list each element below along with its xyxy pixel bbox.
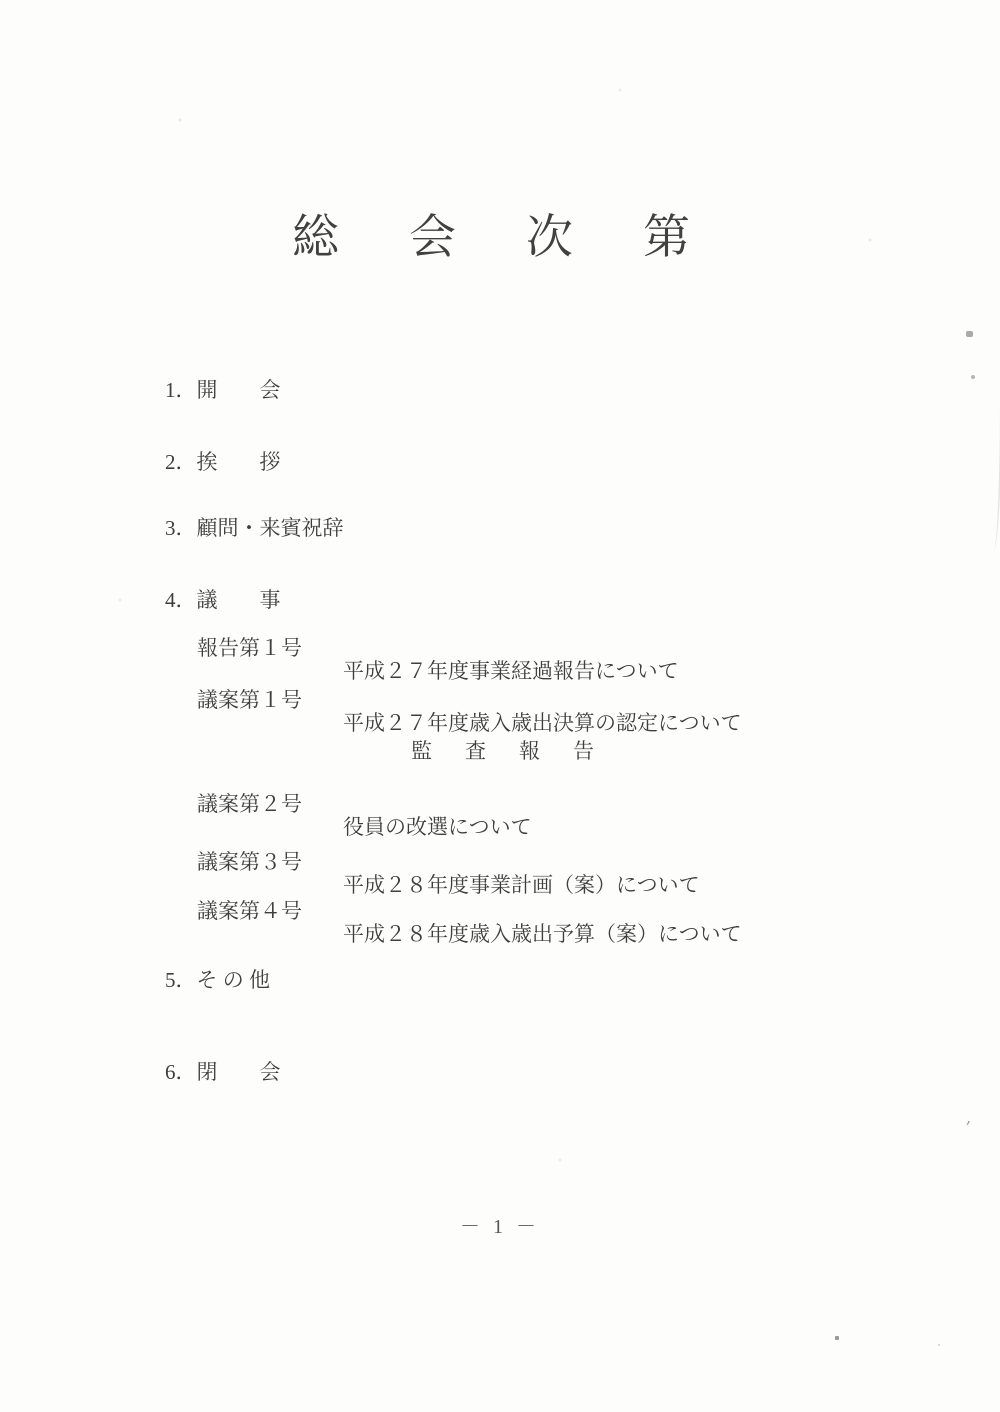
proceeding-bill-1: 議案第１号 平成２７年度歳入歳出決算の認定について bbox=[0, 666, 1000, 692]
proceeding-description: 平成２８年度歳入歳出予算（案）について bbox=[343, 923, 742, 946]
agenda-item-6: 6．閉 会 bbox=[0, 1038, 1000, 1064]
item-label: 閉 会 bbox=[197, 1060, 281, 1084]
item-label: 議 事 bbox=[197, 588, 281, 612]
agenda-item-4: 4．議 事 bbox=[0, 566, 1000, 592]
item-number: 2． bbox=[165, 450, 197, 474]
proceeding-report-1: 報告第１号 平成２７年度事業経過報告について bbox=[0, 614, 1000, 640]
item-number: 1． bbox=[165, 378, 197, 402]
agenda-item-5: 5．そ の 他 bbox=[0, 946, 1000, 972]
proceeding-number: 議案第３号 bbox=[197, 851, 302, 874]
scan-artifact-speck bbox=[938, 1344, 940, 1346]
agenda-item-2-text: 2．挨 拶 bbox=[165, 451, 281, 474]
proceeding-bill-2: 議案第２号 役員の改選について bbox=[0, 770, 1000, 796]
agenda-item-3-text: 3．顧問・来賓祝辞 bbox=[165, 517, 344, 540]
agenda-item-6-text: 6．閉 会 bbox=[165, 1061, 281, 1084]
scan-artifact-speck bbox=[966, 331, 973, 337]
item-label: 開 会 bbox=[197, 378, 281, 402]
scan-artifact-speck bbox=[835, 1336, 839, 1340]
page-number: － 1 － bbox=[0, 1210, 1000, 1239]
proceeding-number: 議案第１号 bbox=[197, 689, 302, 712]
agenda-item-5-text: 5．そ の 他 bbox=[165, 969, 270, 992]
audit-report-text: 監 査 報 告 bbox=[411, 740, 600, 763]
agenda-item-4-text: 4．議 事 bbox=[165, 589, 281, 612]
proceeding-number: 議案第４号 bbox=[197, 900, 302, 923]
scan-artifact-mark: , bbox=[966, 1108, 974, 1120]
proceeding-bill-3: 議案第３号 平成２８年度事業計画（案）について bbox=[0, 828, 1000, 854]
item-number: 4． bbox=[165, 588, 197, 612]
item-label: そ の 他 bbox=[197, 968, 271, 992]
item-label: 挨 拶 bbox=[197, 450, 281, 474]
item-number: 3． bbox=[165, 516, 197, 540]
agenda-item-1: 1．開 会 bbox=[0, 356, 1000, 382]
proceeding-bill-4: 議案第４号 平成２８年度歳入歳出予算（案）について bbox=[0, 877, 1000, 903]
proceeding-number: 議案第２号 bbox=[197, 793, 302, 816]
audit-report-note: 監 査 報 告 bbox=[0, 717, 1000, 743]
scanned-document-page: 総会次第 1．開 会 2．挨 拶 3．顧問・来賓祝辞 4．議 事 報告第１号 平… bbox=[0, 0, 1000, 1412]
agenda-item-3: 3．顧問・来賓祝辞 bbox=[0, 494, 1000, 520]
item-label: 顧問・来賓祝辞 bbox=[197, 516, 344, 540]
item-number: 6． bbox=[165, 1060, 197, 1084]
proceeding-number: 報告第１号 bbox=[197, 637, 302, 660]
agenda-item-1-text: 1．開 会 bbox=[165, 379, 281, 402]
agenda-item-2: 2．挨 拶 bbox=[0, 428, 1000, 454]
document-title: 総会次第 bbox=[292, 213, 760, 265]
item-number: 5． bbox=[165, 968, 197, 992]
